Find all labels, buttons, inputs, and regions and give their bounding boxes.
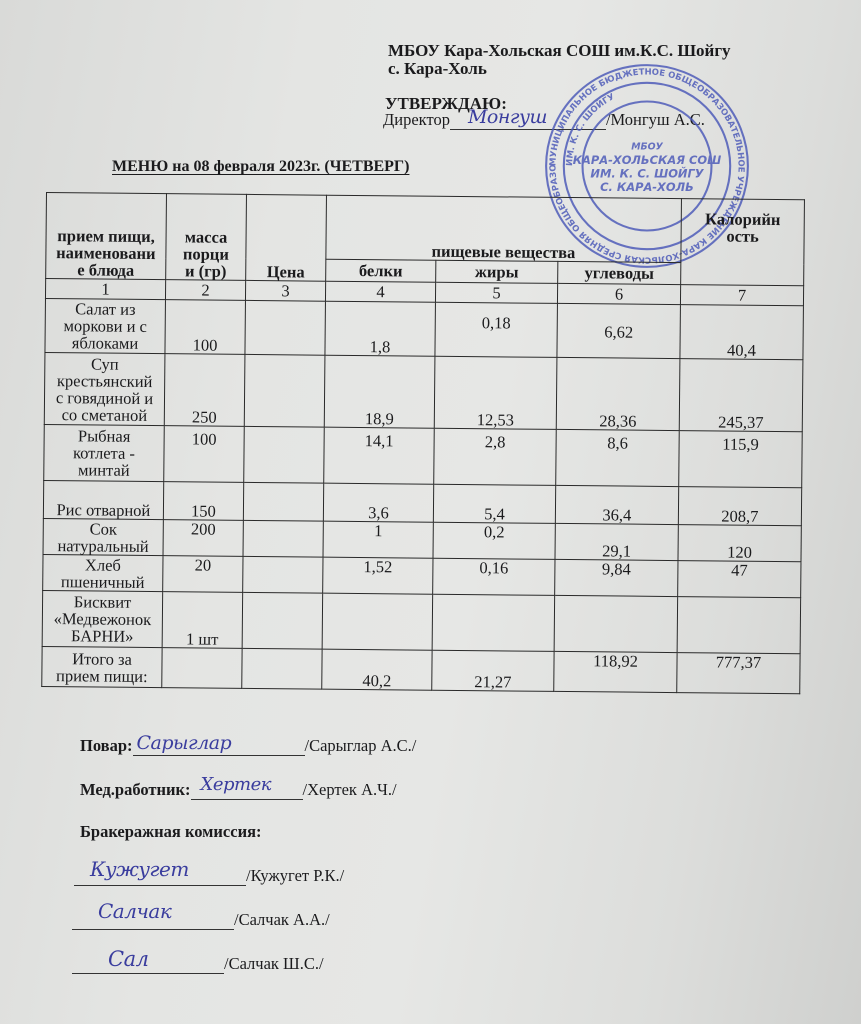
dish-carbs [554,595,678,652]
dish-price [244,426,325,483]
director-label: Директор [383,110,450,130]
cook-handwritten-signature: Сарыглар [137,732,232,754]
table-row: Супкрестьянскийс говядиной исо сметаной … [44,352,803,431]
dish-mass: 250 [164,354,245,427]
total-calories: 777,37 [677,653,800,694]
dish-protein: 1,52 [323,557,433,594]
header-carbs: углеводы [558,261,681,284]
table-row: Салат изморкови и сяблоками 100 1,8 0,18… [45,298,803,359]
dish-calories: 47 [678,561,801,598]
cook-signature-line: Сарыглар [133,737,305,756]
director-handwritten-signature: Монгуш [468,106,547,128]
total-fat: 21,27 [432,650,554,691]
commission-handwritten-signature: Салчак [98,899,171,923]
table-row: Бисквит«МедвежонокБАРНИ» 1 шт [42,590,801,653]
dish-price [242,592,323,649]
commission-handwritten-signature: Кужугет [90,857,189,881]
dish-calories: 208,7 [678,487,801,526]
dish-protein [322,593,433,650]
dish-name: Салат изморкови и сяблоками [45,298,166,353]
commission-member-name: /Салчак Ш.С./ [224,954,324,974]
commission-member-row: Салчак /Салчак А.А./ [72,910,330,930]
commission-signature-line: Сал [72,955,224,974]
dish-protein: 14,1 [324,427,435,484]
total-row: Итого заприем пищи: 40,2 21,27 118,92 77… [42,646,800,693]
stamp-center-line-1: МБОУ [631,141,663,152]
commission-member-name: /Салчак А.А./ [234,910,330,930]
header-calories: Калорийн ость [681,199,805,286]
table-row: Рыбнаякотлета -минтай 100 14,1 2,8 8,6 1… [44,424,803,487]
dish-fat: 12,53 [434,356,557,429]
total-mass [162,648,242,689]
dish-carbs: 6,62 [557,303,681,358]
commission-member-row: Кужугет /Кужугет Р.К./ [74,866,344,886]
dish-name: Рыбнаякотлета -минтай [44,424,165,481]
dish-mass: 100 [164,426,245,483]
dish-mass: 100 [165,300,246,355]
cook-name: /Сарыглар А.С./ [305,736,417,756]
dish-calories: 115,9 [679,431,803,488]
dish-name: Бисквит«МедвежонокБАРНИ» [42,590,163,647]
commission-handwritten-signature: Сал [108,947,148,971]
total-protein: 40,2 [322,649,432,690]
dish-price [245,300,326,355]
cook-label: Повар: [80,736,133,756]
dish-name: Рис отварной [43,480,163,519]
stamp-center-line-4: С. КАРА-ХОЛЬ [600,180,694,194]
header-fat: жиры [436,260,558,283]
commission-signature-line: Кужугет [74,867,246,886]
medic-handwritten-signature: Хертек [201,774,271,795]
dish-price [243,520,323,557]
stamp-center-line-3: ИМ. К. С. ШОЙГУ [590,165,704,180]
commission-signature-line: Салчак [72,911,234,930]
dish-carbs: 29,1 [555,523,678,560]
total-price [242,648,322,689]
dish-mass: 20 [163,556,243,593]
commission-label: Бракеражная комиссия: [80,822,262,842]
dish-fat: 5,4 [433,484,555,523]
dish-fat: 0,16 [433,558,555,595]
dish-calories: 120 [678,525,801,562]
dish-fat: 0,2 [433,522,555,559]
dish-carbs: 9,84 [555,559,678,596]
stamp-center-line-2: КАРА-ХОЛЬСКАЯ СОШ [573,153,722,167]
dish-calories: 40,4 [680,305,804,360]
dish-protein: 3,6 [323,483,433,522]
medic-name: /Хертек А.Ч./ [303,780,397,800]
dish-name: Супкрестьянскийс говядиной исо сметаной [44,352,165,425]
dish-carbs: 36,4 [555,485,678,524]
total-label: Итого заприем пищи: [42,646,162,687]
commission-member-name: /Кужугет Р.К./ [246,866,344,886]
header-price: Цена [246,194,327,281]
header-mass: масса порци и (гр) [166,194,247,281]
menu-table: прием пищи, наименовани е блюда масса по… [41,192,805,694]
medic-signature-line: Хертек [191,781,303,800]
cook-signature-row: Повар: Сарыглар /Сарыглар А.С./ [80,736,416,756]
menu-title: МЕНЮ на 08 февраля 2023г. (ЧЕТВЕРГ) [112,158,409,176]
dish-mass: 1 шт [162,592,243,649]
dish-price [244,354,325,427]
medic-label: Мед.работник: [80,780,191,800]
header-protein: белки [326,259,436,282]
header-dish: прием пищи, наименовани е блюда [46,193,167,280]
commission-member-row: Сал /Салчак Ш.С./ [72,954,324,974]
dish-carbs: 8,6 [556,429,680,486]
dish-price [243,556,323,593]
dish-mass: 150 [163,482,243,521]
document-page: МБОУ Кара-Хольская СОШ им.К.С. Шойгу с. … [0,0,861,1024]
dish-carbs: 28,36 [556,357,680,430]
dish-price [243,482,323,521]
dish-fat [432,594,555,651]
dish-protein: 18,9 [324,355,435,428]
medic-signature-row: Мед.работник: Хертек /Хертек А.Ч./ [80,780,397,800]
dish-calories: 245,37 [679,359,803,432]
dish-fat: 2,8 [434,428,557,485]
dish-name: Хлебпшеничный [43,554,163,591]
dish-calories [677,597,801,654]
total-carbs: 118,92 [554,651,677,692]
dish-fat: 0,18 [435,302,558,357]
dish-mass: 200 [163,520,243,557]
organization-name: МБОУ Кара-Хольская СОШ им.К.С. Шойгу [388,42,731,60]
header-nutrients: пищевые вещества [326,195,682,262]
dish-name: Сокнатуральный [43,518,163,555]
dish-protein: 1 [323,521,433,558]
dish-protein: 1,8 [325,301,436,356]
